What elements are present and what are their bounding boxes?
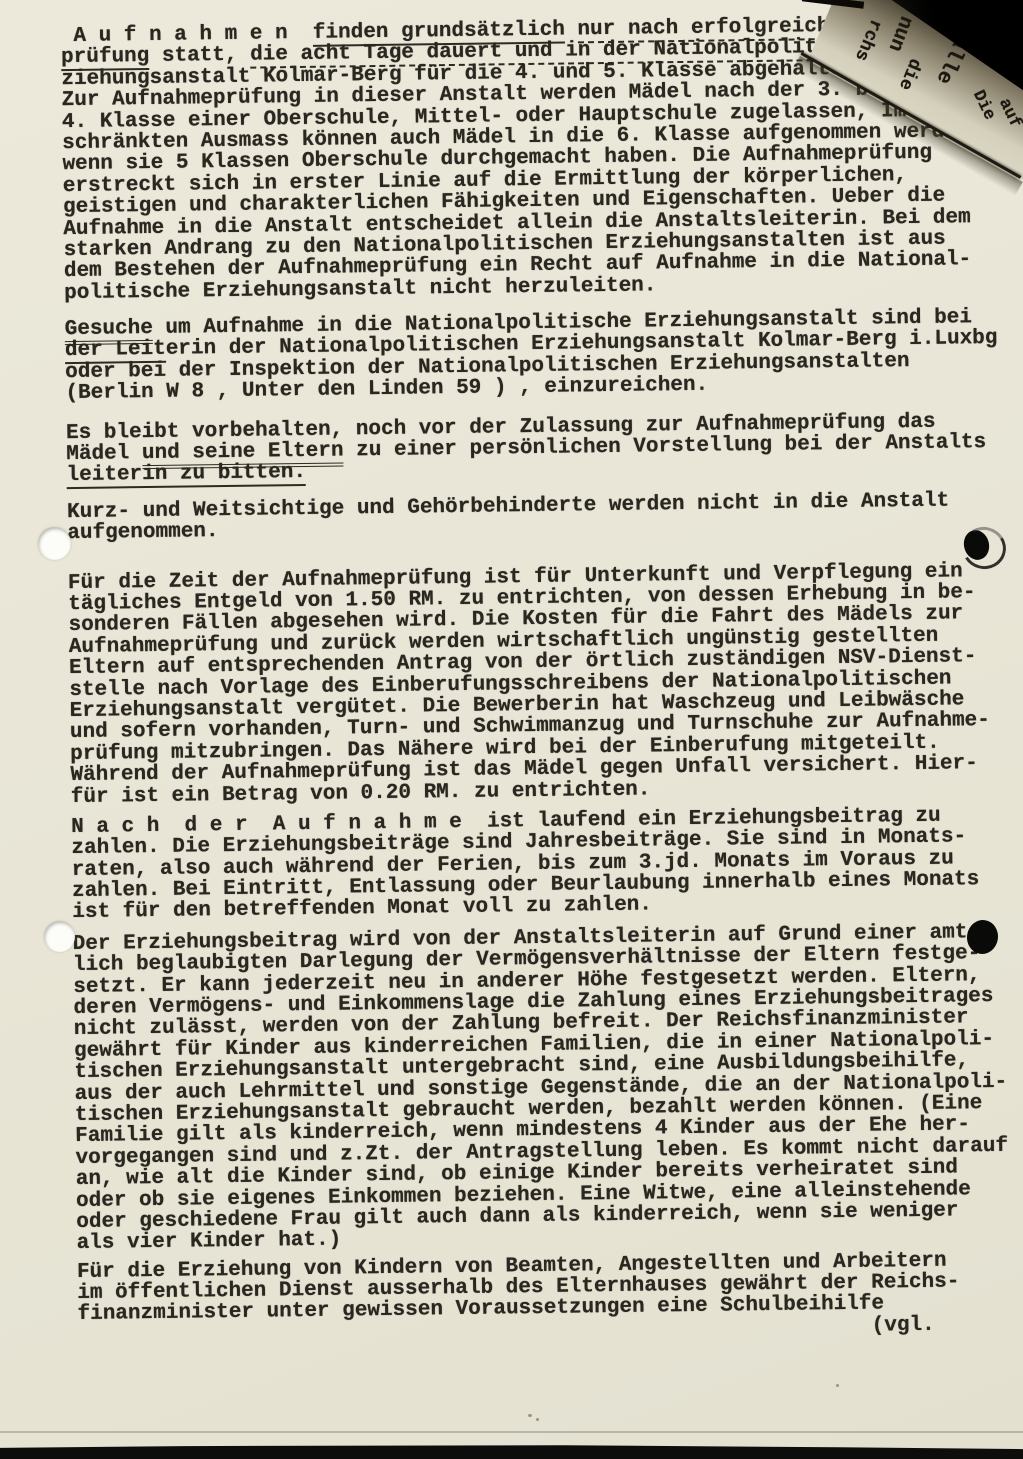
page-corner-fold: rchsnundieallegelElDieauf: [780, 0, 1023, 205]
text-segment: leiterin zu bitten.: [66, 461, 306, 489]
text-segment: [565, 18, 578, 41]
fold-word: auf: [994, 96, 1023, 132]
paragraph: Gesuche um Aufnahme in die Nationalpolit…: [65, 305, 1023, 405]
paper-speck: [536, 1418, 539, 1421]
scanner-edge-strip: [0, 1444, 1023, 1459]
fold-word: die: [894, 55, 925, 93]
paper-speck: [836, 1384, 839, 1387]
punch-hole-bottom: [44, 921, 75, 952]
text-segment: aufgenommen.: [67, 520, 219, 545]
scanned-document-page: A u f n a h m e n finden grundsätzlich n…: [0, 0, 1023, 1459]
paragraph: Kurz- und Weitsichtige und Gehörbehinder…: [67, 487, 1023, 544]
paragraph: Der Erziehungsbeitrag wird von der Ansta…: [73, 919, 1023, 1254]
paragraph: Es bleibt vorbehalten, noch vor der Zula…: [66, 408, 1023, 487]
text-segment: als vier Kinder hat.): [76, 1229, 341, 1255]
paragraph: Für die Erziehung von Kindern von Beamte…: [77, 1247, 1023, 1347]
punch-hole-top: [38, 527, 71, 560]
paragraph: Für die Zeit der Aufnahmeprüfung ist für…: [68, 558, 1023, 808]
paragraph: N a c h d e r A u f n a h m e ist laufen…: [71, 803, 1023, 924]
fold-word: rchs: [850, 16, 885, 64]
scan-artifact-line: [0, 1431, 1023, 1433]
paper-speck: [528, 1414, 532, 1417]
document-text: A u f n a h m e n finden grundsätzlich n…: [61, 12, 1023, 1348]
fold-word: nun: [883, 13, 917, 55]
